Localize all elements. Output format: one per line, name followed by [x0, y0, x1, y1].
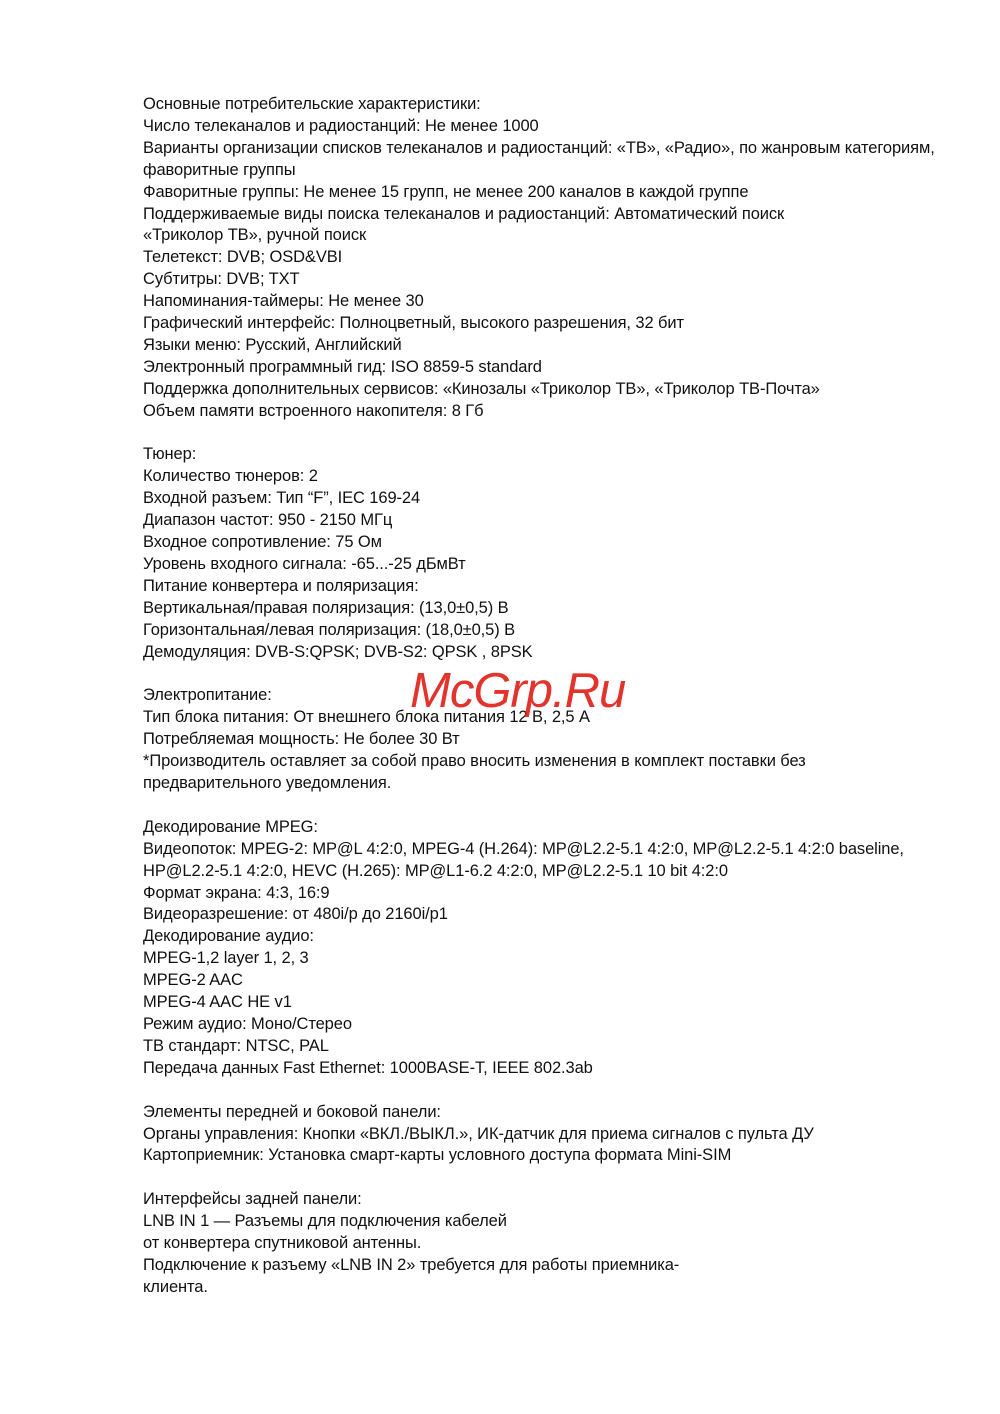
spec-line: Языки меню: Русский, Английский: [143, 335, 943, 357]
section-power: Электропитание: Тип блока питания: От вн…: [143, 685, 943, 795]
spec-line: Телетекст: DVB; OSD&VBI: [143, 247, 943, 269]
spec-line: Количество тюнеров: 2: [143, 466, 943, 488]
spec-line: ТВ стандарт: NTSC, PAL: [143, 1036, 943, 1058]
spec-line: Поддерживаемые виды поиска телеканалов и…: [143, 204, 868, 248]
spec-line: Варианты организации списков телеканалов…: [143, 138, 943, 182]
spec-line: Уровень входного сигнала: -65...-25 дБмВ…: [143, 554, 943, 576]
spec-line: LNB IN 1 — Разъемы для подключения кабел…: [143, 1211, 943, 1233]
section-heading: Тюнер:: [143, 444, 943, 466]
spec-line: Декодирование аудио:: [143, 926, 943, 948]
spec-line: Напоминания-таймеры: Не менее 30: [143, 291, 943, 313]
spec-line: MPEG-1,2 layer 1, 2, 3: [143, 948, 943, 970]
spec-line: MPEG-4 AAC HE v1: [143, 992, 943, 1014]
spec-line: Вертикальная/правая поляризация: (13,0±0…: [143, 598, 943, 620]
spec-line: Питание конвертера и поляризация:: [143, 576, 943, 598]
spec-line: Входной разъем: Тип “F”, IEC 169-24: [143, 488, 943, 510]
spec-line: Органы управления: Кнопки «ВКЛ./ВЫКЛ.», …: [143, 1124, 943, 1146]
section-front-panel: Элементы передней и боковой панели: Орга…: [143, 1102, 943, 1168]
spec-line: Видеопоток: MPEG-2: MP@L 4:2:0, MPEG-4 (…: [143, 839, 943, 883]
section-consumer-characteristics: Основные потребительские характеристики:…: [143, 94, 943, 423]
spec-line: Поддержка дополнительных сервисов: «Кино…: [143, 379, 943, 401]
section-heading: Электропитание:: [143, 685, 943, 707]
spec-line: MPEG-2 AAC: [143, 970, 943, 992]
spec-line: Объем памяти встроенного накопителя: 8 Г…: [143, 401, 943, 423]
section-rear-panel: Интерфейсы задней панели: LNB IN 1 — Раз…: [143, 1189, 943, 1299]
section-heading: Декодирование MPEG:: [143, 817, 943, 839]
spec-line: Демодуляция: DVB-S:QPSK; DVB-S2: QPSK , …: [143, 642, 943, 664]
spec-line: Картоприемник: Установка смарт-карты усл…: [143, 1145, 943, 1167]
spec-line: Горизонтальная/левая поляризация: (18,0±…: [143, 620, 943, 642]
spec-line: Электронный программный гид: ISO 8859-5 …: [143, 357, 943, 379]
spec-line: Формат экрана: 4:3, 16:9: [143, 883, 943, 905]
section-mpeg-decoding: Декодирование MPEG: Видеопоток: MPEG-2: …: [143, 817, 943, 1080]
spec-line: Субтитры: DVB; TXT: [143, 269, 943, 291]
spec-line: Графический интерфейс: Полноцветный, выс…: [143, 313, 943, 335]
spec-line: Передача данных Fast Ethernet: 1000BASE-…: [143, 1058, 943, 1080]
spec-line: Фаворитные группы: Не менее 15 групп, не…: [143, 182, 943, 204]
section-tuner: Тюнер: Количество тюнеров: 2 Входной раз…: [143, 444, 943, 663]
spec-line: Подключение к разъему «LNB IN 2» требует…: [143, 1255, 743, 1299]
section-heading: Основные потребительские характеристики:: [143, 94, 943, 116]
spec-line: Число телеканалов и радиостанций: Не мен…: [143, 116, 943, 138]
spec-line: Видеоразрешение: от 480i/p до 2160i/p1: [143, 904, 943, 926]
section-heading: Интерфейсы задней панели:: [143, 1189, 943, 1211]
spec-line: Режим аудио: Моно/Стерео: [143, 1014, 943, 1036]
spec-line: Потребляемая мощность: Не более 30 Вт: [143, 729, 943, 751]
section-heading: Элементы передней и боковой панели:: [143, 1102, 943, 1124]
spec-document: Основные потребительские характеристики:…: [143, 94, 943, 1321]
disclaimer-note: *Производитель оставляет за собой право …: [143, 751, 878, 795]
spec-line: от конвертера спутниковой антенны.: [143, 1233, 943, 1255]
spec-line: Входное сопротивление: 75 Ом: [143, 532, 943, 554]
spec-line: Диапазон частот: 950 - 2150 МГц: [143, 510, 943, 532]
spec-line: Тип блока питания: От внешнего блока пит…: [143, 707, 943, 729]
